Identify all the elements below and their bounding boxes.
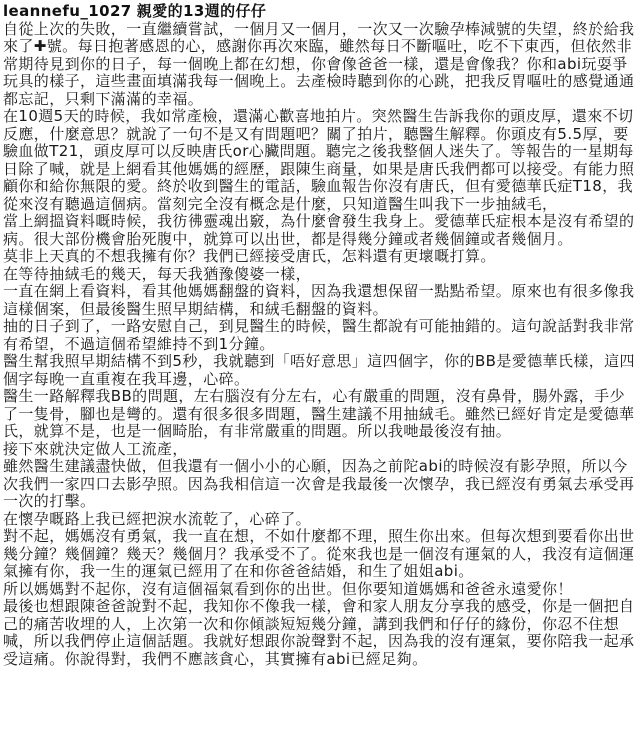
username-link[interactable]: leannefu_1027 [3, 2, 132, 20]
caption-paragraph: 一直在網上看資料，看其他媽媽翻盤的資料，因為我還想保留一點點希望。原來也有很多像… [3, 283, 640, 318]
caption-paragraph: 抽的日子到了，一路安慰自己，到見醫生的時候，醫生都說有可能抽錯的。這句說話對我非… [3, 318, 640, 353]
caption-header: leannefu_1027 親愛的13週的仔仔 [3, 3, 640, 21]
caption-paragraph: 所以媽媽對不起你，沒有這個福氣看到你的出世。但你要知道媽媽和爸爸永遠愛你！ [3, 581, 640, 599]
caption-paragraph: 醫生幫我照早期結構不到5秒，我就聽到「唔好意思」這四個字，你的BB是愛德華氏樣，… [3, 353, 640, 388]
caption-title: 親愛的13週的仔仔 [137, 2, 266, 20]
caption-paragraph: 在懷孕嘅路上我已經把淚水流乾了，心碎了。 [3, 511, 640, 529]
caption-paragraph: 雖然醫生建議盡快做，但我還有一個小小的心願，因為之前陀abi的時候沒有影孕照，所… [3, 458, 640, 511]
caption-paragraph: 在10週5天的時候，我如常產檢，還滿心歡喜地拍片。突然醫生告訴我你的頭皮厚，還來… [3, 108, 640, 213]
caption-paragraph: 最後也想跟陳爸爸說對不起，我知你不像我一樣，會和家人朋友分享我的感受，你是一個把… [3, 598, 640, 668]
post-caption: leannefu_1027 親愛的13週的仔仔 自從上次的失敗，一直繼續嘗試，一… [0, 0, 644, 668]
caption-paragraph: 接下來就決定做人工流產， [3, 441, 640, 459]
caption-paragraph: 莫非上天真的不想我擁有你？我們已經接受唐氏，怎料還有更壞嘅打算。 [3, 248, 640, 266]
caption-paragraph: 在等待抽絨毛的幾天，每天我猶豫傻婆一樣， [3, 266, 640, 284]
caption-body: 自從上次的失敗，一直繼續嘗試，一個月又一個月，一次又一次驗孕棒減號的失望，終於給… [3, 21, 640, 669]
caption-paragraph: 當上網搵資料嘅時候，我彷彿靈魂出竅，為什麼會發生我身上。愛德華氏症根本是沒有希望… [3, 213, 640, 248]
caption-paragraph: 醫生一路解釋我BB的問題，左右腦沒有分左右，心有嚴重的問題，沒有鼻骨，腸外露，手… [3, 388, 640, 441]
caption-paragraph: 自從上次的失敗，一直繼續嘗試，一個月又一個月，一次又一次驗孕棒減號的失望，終於給… [3, 21, 640, 109]
caption-paragraph: 對不起，媽媽沒有勇氣，我一直在想，不如什麼都不理，照生你出來。但每次想到要看你出… [3, 528, 640, 581]
